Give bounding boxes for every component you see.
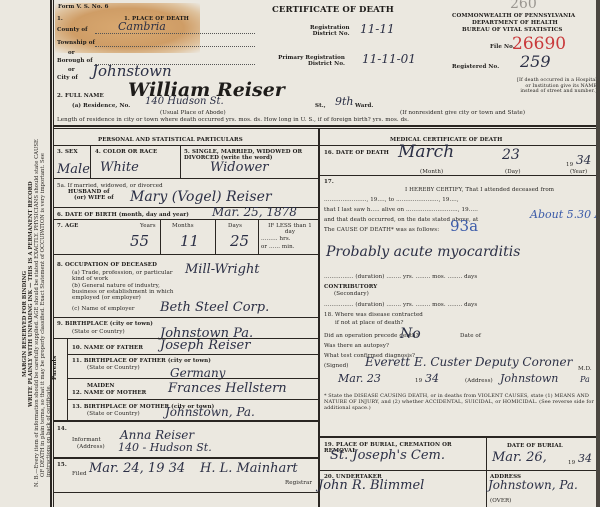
divider [67, 338, 68, 420]
wife-label: (or) WIFE of [74, 195, 114, 201]
burial-year: 34 [578, 452, 592, 465]
industry-label: (b) General nature of industry, business… [72, 283, 182, 301]
parents-label: Parents [52, 356, 58, 380]
father-label: 10. NAME OF FATHER [72, 345, 143, 351]
months-label: Months [172, 223, 194, 229]
township-label: Township of [57, 40, 95, 46]
residence-value: 140 Hudson St. [145, 96, 224, 107]
cause-value: Probably acute myocarditis [326, 244, 520, 260]
agency-line-2: DEPARTMENT OF HEALTH [472, 20, 558, 26]
birthplace-sub: (State or Country) [72, 329, 125, 335]
operation-date-label: Date of [460, 333, 481, 339]
father-value: Joseph Reiser [160, 338, 250, 353]
nonresident-note: (If nonresident give city or town and St… [400, 110, 525, 116]
mother-value: Frances Hellstern [168, 381, 287, 396]
race-value: White [100, 160, 139, 175]
file-number: 26690 [512, 34, 566, 54]
agency-line-3: BUREAU OF VITAL STATISTICS [462, 27, 562, 33]
undertaker-address: Johnstown, Pa. [488, 478, 578, 492]
trade-label: (a) Trade, profession, or particular kin… [72, 270, 182, 282]
filed-label: Filed [72, 471, 87, 477]
registered-value: 259 [520, 52, 551, 71]
registration-district-value: 11-11 [360, 22, 395, 36]
registrar-label: Registrar [285, 480, 312, 486]
divider [320, 470, 600, 471]
cause-of-death-label: The CAUSE OF DEATH* was as follows: [324, 227, 439, 233]
mother-birth-sub: (State or Country) [87, 411, 140, 417]
city-label: City of [57, 75, 78, 81]
stamp-number: 260 [510, 0, 537, 12]
usual-place-caption: (Usual Place of Abode) [160, 110, 226, 116]
item-14: 14. [57, 426, 67, 432]
residence-label: (a) Residence, No. [72, 103, 130, 109]
sex-value: Male [57, 162, 90, 177]
death-year: 34 [576, 153, 591, 167]
divider [54, 178, 318, 179]
divider [54, 125, 600, 127]
divider [320, 175, 600, 176]
column-divider [318, 128, 320, 507]
or-label: or [68, 67, 75, 73]
ward-value: 9th [335, 95, 354, 108]
days-label: Days [228, 223, 242, 229]
signed-label: (Signed) [324, 363, 348, 369]
primary-registration-label: Primary RegistrationDistrict No. [278, 55, 345, 67]
divider [90, 145, 91, 178]
full-name-label: 2. FULL NAME [57, 93, 104, 99]
borough-label: Borough of [57, 58, 93, 64]
age-days-value: 25 [230, 232, 249, 250]
scan-edge [596, 0, 600, 507]
dob-label: 6. DATE OF BIRTH (month, day and year) [57, 212, 189, 218]
signed-year: 34 [425, 372, 439, 385]
employer-value: Beth Steel Corp. [160, 300, 269, 315]
marital-value: Widower [210, 160, 268, 175]
death-time: About 5.30 A.m. [530, 208, 600, 221]
secondary-label: (Secondary) [334, 291, 369, 297]
informant-value: Anna Reiser [120, 428, 194, 442]
employer-label: (c) Name of employer [72, 306, 135, 312]
year-prefix: 19 [566, 162, 573, 168]
county-label: County of [57, 27, 88, 33]
md-label: M.D. [578, 366, 592, 372]
father-birth-label: 11. BIRTHPLACE OF FATHER (city or town) [72, 358, 211, 364]
divider [54, 317, 318, 318]
informant-address-label: (Address) [77, 444, 105, 450]
maiden-label: MAIDEN [87, 383, 115, 389]
disease-contracted-label: 18. Where was disease contracted [324, 312, 423, 318]
county-value: Cambria [118, 20, 166, 33]
date-of-death-label: 16. DATE OF DEATH [324, 150, 389, 156]
informant-label: Informant [72, 437, 101, 443]
registration-district-label: RegistrationDistrict No. [310, 25, 350, 37]
father-birth-sub: (State or Country) [87, 365, 140, 371]
informant-address-value: 140 - Hudson St. [118, 441, 212, 454]
occupation-label: 8. OCCUPATION OF DECEASED [57, 262, 157, 268]
burial-place: St. Joseph's Cem. [330, 448, 445, 463]
physician-address-state: Pa [580, 375, 590, 384]
sign-year-prefix: 19 [415, 378, 422, 384]
item-1: 1. [57, 16, 63, 22]
divider [160, 219, 161, 254]
item-17: 17. [324, 179, 334, 185]
physician-signature: Everett E. Custer Deputy Coroner [365, 355, 572, 369]
length-of-residence: Length of residence in city or town wher… [57, 117, 409, 123]
operation-answer: No [400, 326, 421, 342]
undertaker-name: John R. Blimmel [318, 478, 424, 493]
divider [215, 219, 216, 254]
mother-birth-value: Johnstown, Pa. [165, 405, 255, 419]
hospital-note: [If death occurred in a Hospital or Inst… [512, 78, 597, 95]
certificate-title: CERTIFICATE OF DEATH [272, 6, 394, 15]
cause-footnote: * State the DISEASE CAUSING DEATH, or in… [324, 393, 596, 411]
burial-date: Mar. 26, [492, 450, 547, 465]
duration-secondary: ................ (duration) ........ yrs… [324, 302, 477, 308]
mother-label: 12. NAME OF MOTHER [72, 390, 146, 396]
divider [54, 219, 318, 220]
ward-label: Ward. [355, 103, 373, 109]
less-than-day-label: IF LESS than 1 day [265, 223, 315, 235]
divider [67, 378, 318, 379]
divider [320, 436, 600, 438]
duration-primary: ................ (duration) ........ yrs… [324, 274, 477, 280]
disease-contracted-sub: if not at place of death? [335, 320, 404, 326]
hrs-label: ......... hrs. [261, 236, 291, 242]
physician-address: Johnstown [500, 372, 558, 385]
divider [320, 145, 600, 146]
township-line [95, 46, 255, 47]
divider [180, 145, 181, 178]
birthplace-label: 9. BIRTHPLACE (city or town) [57, 321, 153, 327]
divider [67, 399, 318, 400]
divider [67, 354, 318, 355]
personal-heading: PERSONAL AND STATISTICAL PARTICULARS [98, 137, 243, 143]
min-label: or ...... min. [261, 244, 295, 250]
registrar-signature: H. L. Mainhart [200, 461, 298, 476]
physician-address-label: (Address) [465, 378, 493, 384]
divider [54, 457, 318, 459]
sex-label: 3. SEX [57, 149, 78, 155]
attended-dates: ......................., 19...., to ....… [324, 197, 459, 203]
burial-year-prefix: 19 [568, 460, 575, 466]
trade-value: Mill-Wright [185, 262, 260, 277]
agency-line-1: COMMONWEALTH OF PENNSYLVANIA [452, 13, 575, 19]
over-label: (OVER) [490, 498, 511, 504]
race-label: 4. COLOR OR RACE [95, 149, 157, 155]
years-label: Years [140, 223, 156, 229]
burial-date-label: DATE OF BURIAL [507, 443, 563, 449]
death-day: 23 [502, 147, 520, 163]
county-line [95, 33, 255, 34]
registered-label: Registered No. [452, 64, 499, 70]
divider [258, 219, 259, 254]
divider [54, 492, 318, 493]
signed-date: Mar. 23 [338, 372, 381, 385]
divider [54, 254, 318, 255]
filed-date: Mar. 24, 19 34 [89, 461, 185, 476]
divider [54, 145, 318, 146]
divider [486, 438, 487, 507]
contributory-label: CONTRIBUTORY [324, 284, 377, 290]
divider [54, 420, 318, 422]
death-certificate: MARGIN RESERVED FOR BINDING WRITE PLAINL… [0, 0, 600, 507]
age-label: 7. AGE [57, 223, 78, 229]
spouse-value: Mary (Vogel) Reiser [130, 189, 272, 205]
autopsy-label: Was there an autopsy? [324, 343, 389, 349]
divider [54, 128, 600, 129]
age-months-value: 11 [180, 232, 199, 250]
item-15: 15. [57, 462, 67, 468]
age-years-value: 55 [130, 232, 149, 250]
city-value: Johnstown [92, 62, 172, 80]
st-label: St., [315, 103, 326, 109]
or-label: or [68, 50, 75, 56]
form-number: Form V. S. No. 6 [58, 4, 109, 10]
last-saw-alive: that I last saw h..... alive on ........… [324, 207, 478, 213]
form-border-left [50, 0, 52, 507]
death-month: March [398, 142, 454, 162]
certify-statement: I HEREBY CERTIFY, That I attended deceas… [405, 187, 554, 193]
cause-code: 93a [450, 217, 478, 235]
primary-registration-value: 11-11-01 [362, 52, 416, 66]
dob-value: Mar. 25, 1878 [212, 205, 297, 219]
